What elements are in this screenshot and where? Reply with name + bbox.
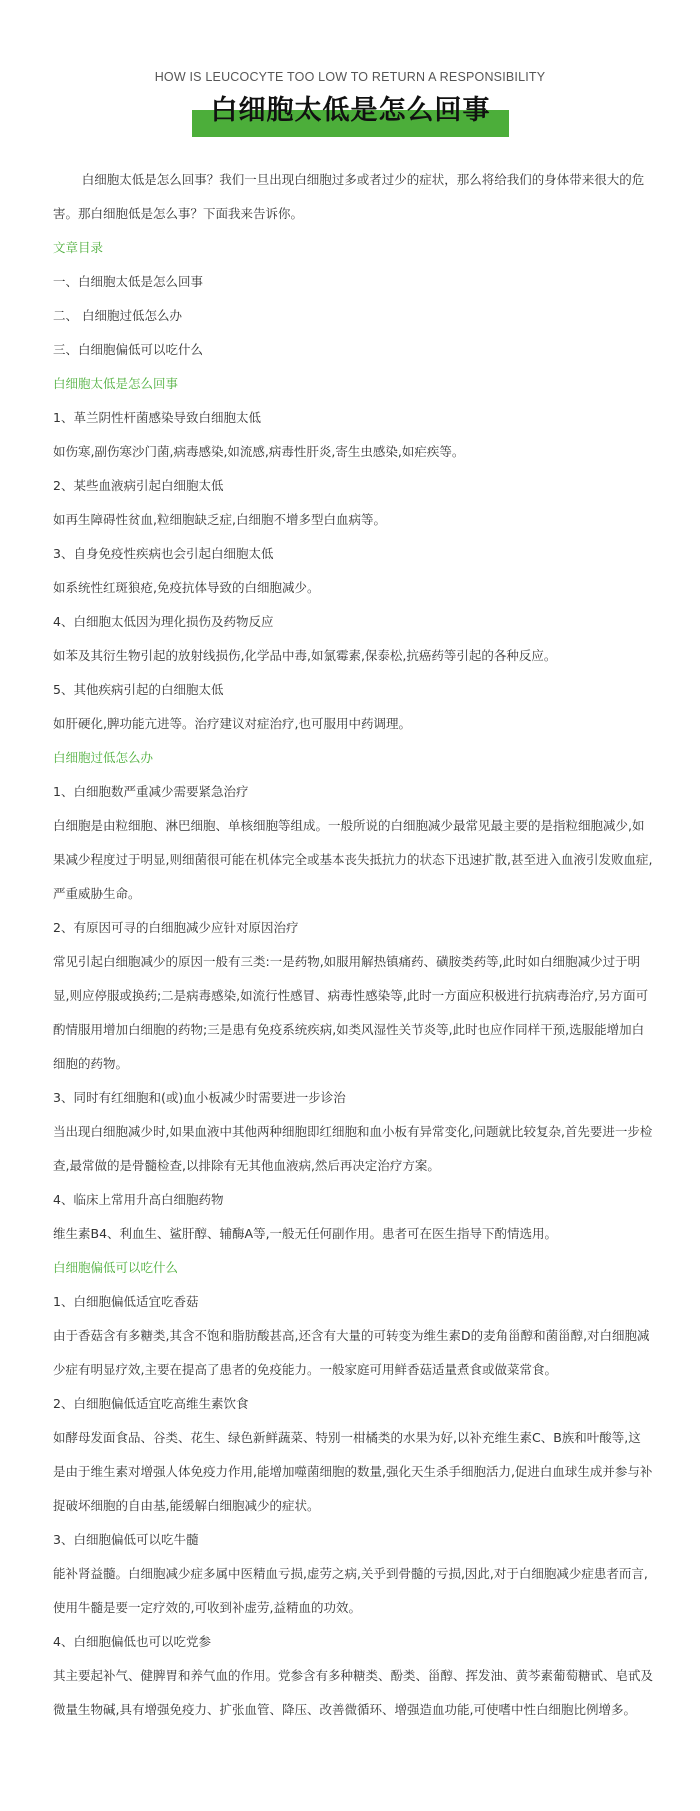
item-body: 如苯及其衍生物引起的放射线损伤,化学品中毒,如氯霉素,保泰松,抗癌药等引起的各种… [53,639,653,673]
item-body: 如肝硬化,脾功能亢进等。治疗建议对症治疗,也可服用中药调理。 [53,707,653,741]
item-title: 3、白细胞偏低可以吃牛髓 [53,1523,653,1557]
page-subtitle: HOW IS LEUCOCYTE TOO LOW TO RETURN A RES… [0,70,700,84]
item-title: 1、白细胞数严重减少需要紧急治疗 [53,775,653,809]
item-body: 白细胞是由粒细胞、淋巴细胞、单核细胞等组成。一般所说的白细胞减少最常见最主要的是… [53,809,653,911]
item-body: 如系统性红斑狼疮,免疫抗体导致的白细胞减少。 [53,571,653,605]
item-title: 4、白细胞太低因为理化损伤及药物反应 [53,605,653,639]
intro-paragraph: 白细胞太低是怎么回事？我们一旦出现白细胞过多或者过少的症状，那么将给我们的身体带… [53,163,653,231]
item-title: 3、同时有红细胞和(或)血小板减少时需要进一步诊治 [53,1081,653,1115]
item-body: 如酵母发面食品、谷类、花生、绿色新鲜蔬菜、特别一柑橘类的水果为好,以补充维生素C… [53,1421,653,1523]
item-body: 能补肾益髓。白细胞减少症多属中医精血亏损,虚劳之病,关乎到骨髓的亏损,因此,对于… [53,1557,653,1625]
item-title: 1、革兰阴性杆菌感染导致白细胞太低 [53,401,653,435]
item-body: 由于香菇含有多糖类,其含不饱和脂肪酸甚高,还含有大量的可转变为维生素D的麦角甾醇… [53,1319,653,1387]
item-body: 维生素B4、利血生、鲨肝醇、辅酶A等,一般无任何副作用。患者可在医生指导下酌情选… [53,1217,653,1251]
item-title: 4、临床上常用升高白细胞药物 [53,1183,653,1217]
toc-item[interactable]: 二、 白细胞过低怎么办 [53,299,653,333]
item-body: 其主要起补气、健脾胃和养气血的作用。党参含有多种糖类、酚类、甾醇、挥发油、黄芩素… [53,1659,653,1727]
item-body: 常见引起白细胞减少的原因一般有三类:一是药物,如服用解热镇痛药、磺胺类药等,此时… [53,945,653,1081]
page-title: 白细胞太低是怎么回事 [192,93,509,129]
toc-heading: 文章目录 [53,231,653,265]
item-body: 如再生障碍性贫血,粒细胞缺乏症,白细胞不增多型白血病等。 [53,503,653,537]
item-title: 1、白细胞偏低适宜吃香菇 [53,1285,653,1319]
section-heading: 白细胞太低是怎么回事 [53,367,653,401]
toc-item[interactable]: 一、白细胞太低是怎么回事 [53,265,653,299]
item-title: 2、有原因可寻的白细胞减少应针对原因治疗 [53,911,653,945]
item-title: 2、白细胞偏低适宜吃高维生素饮食 [53,1387,653,1421]
item-title: 3、自身免疫性疾病也会引起白细胞太低 [53,537,653,571]
article-body: 白细胞太低是怎么回事？我们一旦出现白细胞过多或者过少的症状，那么将给我们的身体带… [53,163,653,1727]
toc-item[interactable]: 三、白细胞偏低可以吃什么 [53,333,653,367]
item-body: 当出现白细胞减少时,如果血液中其他两种细胞即红细胞和血小板有异常变化,问题就比较… [53,1115,653,1183]
item-title: 2、某些血液病引起白细胞太低 [53,469,653,503]
item-title: 5、其他疾病引起的白细胞太低 [53,673,653,707]
section-heading: 白细胞过低怎么办 [53,741,653,775]
item-body: 如伤寒,副伤寒沙门菌,病毒感染,如流感,病毒性肝炎,寄生虫感染,如疟疾等。 [53,435,653,469]
section-heading: 白细胞偏低可以吃什么 [53,1251,653,1285]
item-title: 4、白细胞偏低也可以吃党参 [53,1625,653,1659]
title-block: 白细胞太低是怎么回事 [192,93,509,139]
